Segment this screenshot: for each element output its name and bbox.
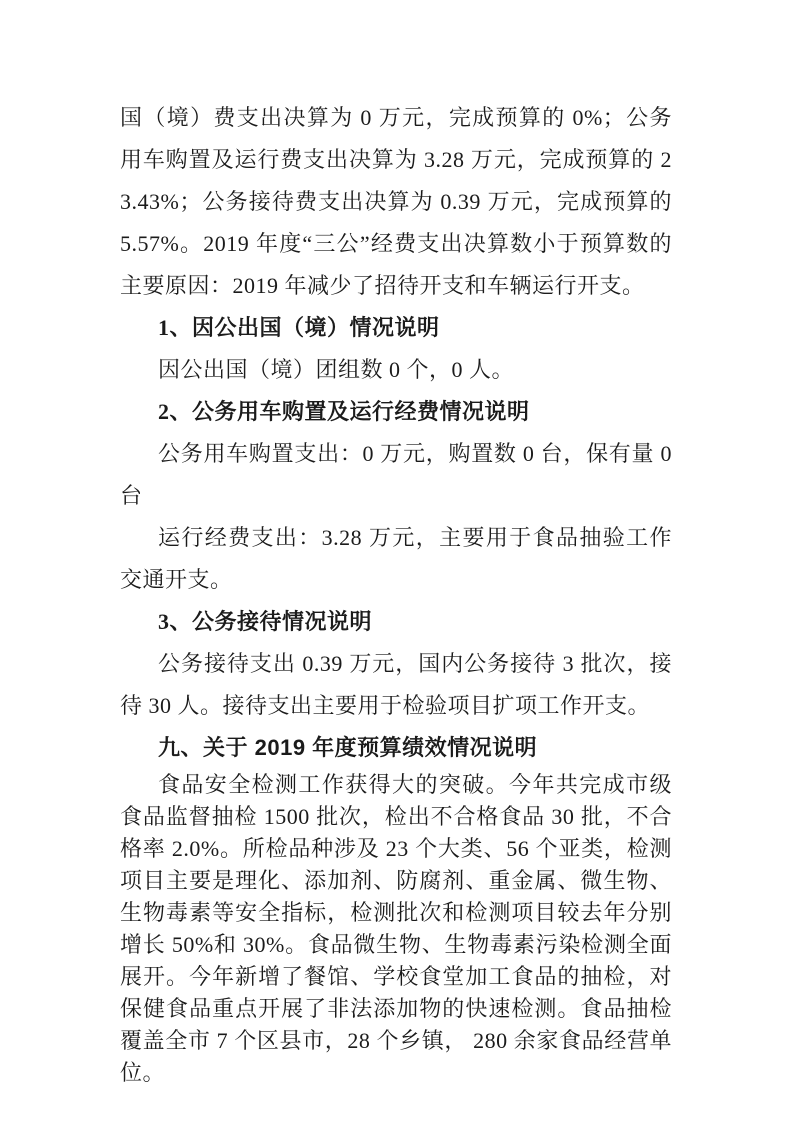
para-overseas-trip-groups: 因公出国（境）团组数 0 个，0 人。 — [120, 349, 672, 391]
subheading-3-official-reception: 3、公务接待情况说明 — [120, 601, 672, 643]
section-heading-9-budget-performance: 九、关于 2019 年度预算绩效情况说明 — [120, 727, 672, 769]
para-sangong-budget-summary: 国（境）费支出决算为 0 万元，完成预算的 0%；公务用车购置及运行费支出决算为… — [120, 97, 672, 307]
para-reception-expense: 公务接待支出 0.39 万元，国内公务接待 3 批次，接待 30 人。接待支出主… — [120, 643, 672, 727]
document-page: 国（境）费支出决算为 0 万元，完成预算的 0%；公务用车购置及运行费支出决算为… — [0, 0, 793, 1122]
para-vehicle-operation-cost: 运行经费支出：3.28 万元，主要用于食品抽验工作交通开支。 — [120, 517, 672, 601]
subheading-1-overseas-trips: 1、因公出国（境）情况说明 — [120, 307, 672, 349]
para-vehicle-purchase: 公务用车购置支出：0 万元，购置数 0 台，保有量 0 台 — [120, 433, 672, 517]
para-food-safety-performance: 食品安全检测工作获得大的突破。今年共完成市级食品监督抽检 1500 批次，检出不… — [120, 769, 672, 1089]
subheading-2-official-vehicles: 2、公务用车购置及运行经费情况说明 — [120, 391, 672, 433]
